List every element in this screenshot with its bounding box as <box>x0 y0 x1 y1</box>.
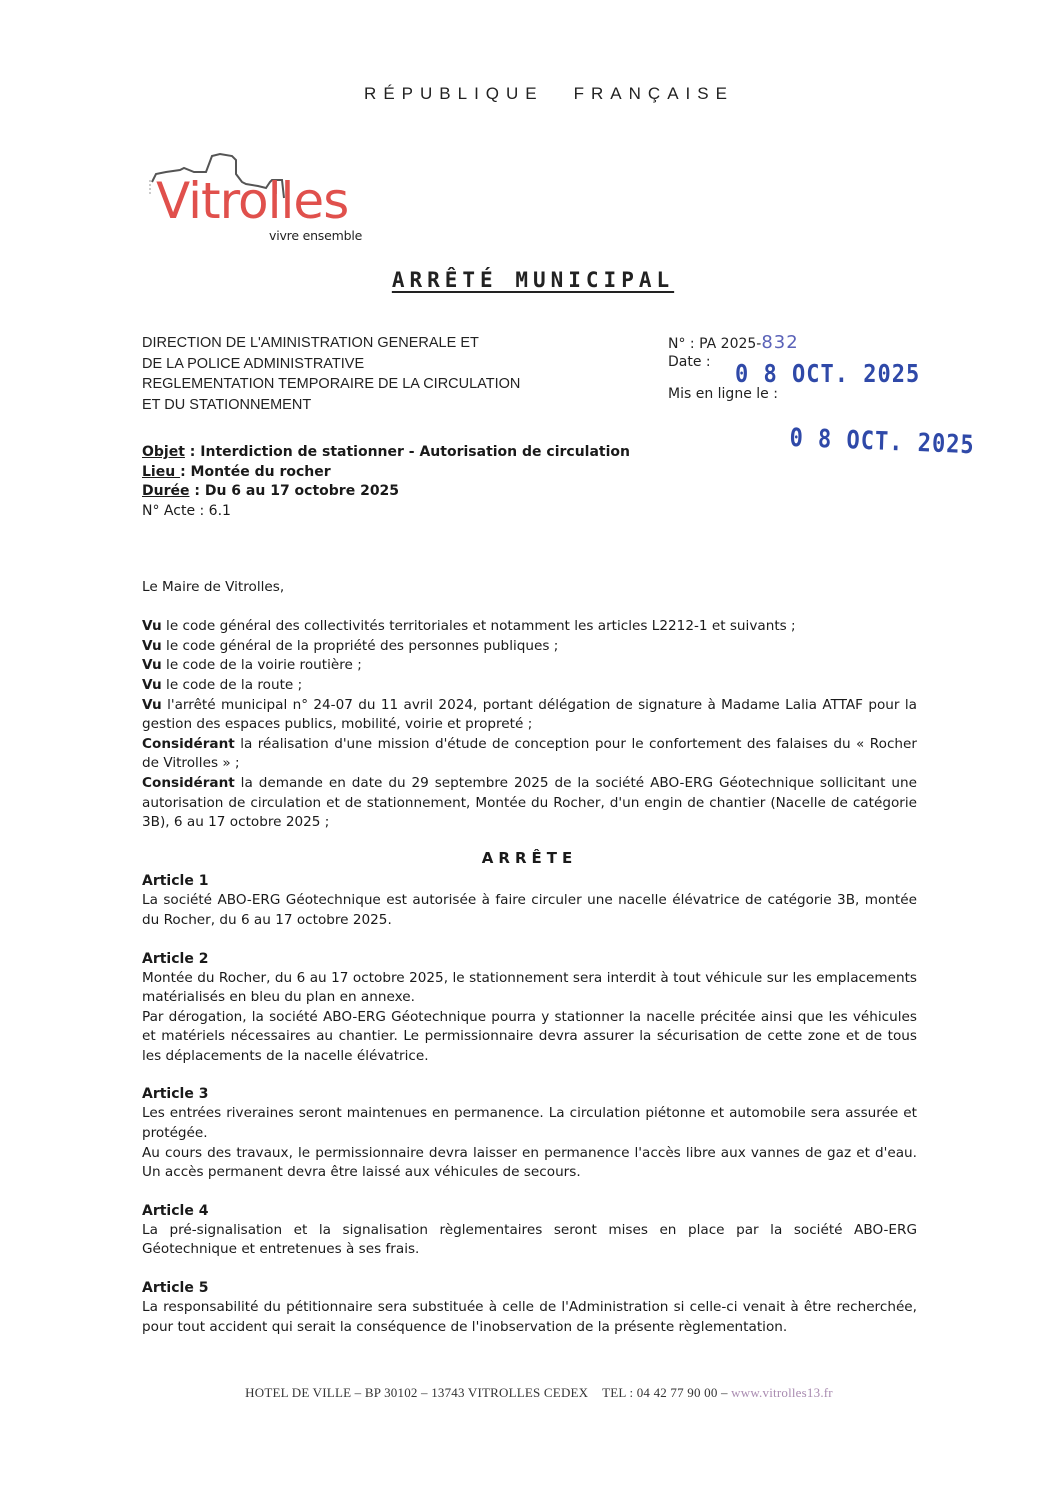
date-stamp: 0 8 OCT. 2025 <box>735 360 920 389</box>
footer-address: HOTEL DE VILLE – BP 30102 – 13743 VITROL… <box>245 1385 588 1400</box>
preamble-list: Vu le code général des collectivités ter… <box>142 617 917 833</box>
arrete-heading: ARRÊTE <box>142 849 917 869</box>
objet-label: Objet <box>142 444 185 460</box>
direction-line: REGLEMENTATION TEMPORAIRE DE LA CIRCULAT… <box>142 374 520 395</box>
objet-line: Objet : Interdiction de stationner - Aut… <box>142 443 630 463</box>
article-title: Article 2 <box>142 950 917 969</box>
online-date-stamp: 0 8 OCT. 2025 <box>789 424 975 460</box>
lieu-value: : Montée du rocher <box>180 464 331 480</box>
object-block: Objet : Interdiction de stationner - Aut… <box>142 443 630 521</box>
article-paragraph: La responsabilité du pétitionnaire sera … <box>142 1298 917 1337</box>
article-2: Article 2 Montée du Rocher, du 6 au 17 o… <box>142 950 917 1067</box>
preamble-lead: Vu <box>142 677 162 693</box>
document-title-text: ARRÊTÉ MUNICIPAL <box>392 268 674 292</box>
article-paragraph: Au cours des travaux, le permissionnaire… <box>142 1144 917 1183</box>
preamble-lead: Vu <box>142 697 162 713</box>
republique-word: RÉPUBLIQUE <box>364 84 544 103</box>
logo-wordmark: Vitrolles <box>156 176 348 226</box>
direction-line: DIRECTION DE L'AMINISTRATION GENERALE ET <box>142 333 520 354</box>
article-paragraph: La société ABO-ERG Géotechnique est auto… <box>142 891 917 930</box>
document-body: Le Maire de Vitrolles, Vu le code généra… <box>142 578 917 1356</box>
article-5: Article 5 La responsabilité du pétitionn… <box>142 1279 917 1337</box>
preamble-item: Considérant la réalisation d'une mission… <box>142 735 917 774</box>
preamble-lead: Considérant <box>142 775 235 791</box>
objet-value: : Interdiction de stationner - Autorisat… <box>185 444 630 460</box>
francaise-word: FRANÇAISE <box>574 84 734 103</box>
preamble-item: Vu le code de la route ; <box>142 676 917 696</box>
preamble-item: Vu l'arrêté municipal n° 24-07 du 11 avr… <box>142 696 917 735</box>
republique-francaise-heading: RÉPUBLIQUEFRANÇAISE <box>0 84 1058 104</box>
article-paragraph: Par dérogation, la société ABO-ERG Géote… <box>142 1008 917 1067</box>
direction-line: DE LA POLICE ADMINISTRATIVE <box>142 354 520 375</box>
preamble-text: le code de la voirie routière ; <box>162 657 362 673</box>
article-title: Article 3 <box>142 1085 917 1104</box>
duree-label: Durée <box>142 483 189 499</box>
duree-line: Durée : Du 6 au 17 octobre 2025 <box>142 482 630 502</box>
article-1: Article 1 La société ABO-ERG Géotechniqu… <box>142 872 917 930</box>
preamble-lead: Vu <box>142 618 162 634</box>
lieu-label: Lieu <box>142 464 180 480</box>
acte-number: N° Acte : 6.1 <box>142 502 630 522</box>
preamble-item: Vu le code de la voirie routière ; <box>142 656 917 676</box>
article-title: Article 1 <box>142 872 917 891</box>
preamble-text: l'arrêté municipal n° 24-07 du 11 avril … <box>142 697 917 733</box>
footer-website-link[interactable]: www.vitrolles13.fr <box>731 1385 833 1400</box>
lieu-line: Lieu : Montée du rocher <box>142 463 630 483</box>
preamble-text: la demande en date du 29 septembre 2025 … <box>142 775 917 830</box>
article-4: Article 4 La pré-signalisation et la sig… <box>142 1202 917 1260</box>
preamble-text: le code général des collectivités territ… <box>162 618 796 634</box>
article-paragraph: Montée du Rocher, du 6 au 17 octobre 202… <box>142 969 917 1008</box>
page-footer: HOTEL DE VILLE – BP 30102 – 13743 VITROL… <box>0 1385 1058 1401</box>
footer-tel: TEL : 04 42 77 90 00 – <box>602 1385 731 1400</box>
preamble-lead: Considérant <box>142 736 235 752</box>
article-title: Article 5 <box>142 1279 917 1298</box>
maire-salutation: Le Maire de Vitrolles, <box>142 578 917 598</box>
preamble-item: Vu le code général des collectivités ter… <box>142 617 917 637</box>
direction-line: ET DU STATIONNEMENT <box>142 395 520 416</box>
preamble-text: le code général de la propriété des pers… <box>162 638 559 654</box>
reference-number-handwritten: 832 <box>761 332 798 353</box>
reference-number-label: N° : PA 2025- <box>668 336 761 352</box>
article-title: Article 4 <box>142 1202 917 1221</box>
preamble-lead: Vu <box>142 638 162 654</box>
article-3: Article 3 Les entrées riveraines seront … <box>142 1085 917 1182</box>
article-paragraph: Les entrées riveraines seront maintenues… <box>142 1104 917 1143</box>
preamble-text: le code de la route ; <box>162 677 302 693</box>
duree-value: : Du 6 au 17 octobre 2025 <box>189 483 399 499</box>
direction-block: DIRECTION DE L'AMINISTRATION GENERALE ET… <box>142 333 520 415</box>
vitrolles-logo: Vitrolles vivre ensemble <box>148 150 398 245</box>
preamble-text: la réalisation d'une mission d'étude de … <box>142 736 917 772</box>
preamble-item: Considérant la demande en date du 29 sep… <box>142 774 917 833</box>
logo-tagline: vivre ensemble <box>269 228 362 243</box>
preamble-lead: Vu <box>142 657 162 673</box>
article-paragraph: La pré-signalisation et la signalisation… <box>142 1221 917 1260</box>
preamble-item: Vu le code général de la propriété des p… <box>142 637 917 657</box>
document-title: ARRÊTÉ MUNICIPAL <box>0 268 1058 292</box>
